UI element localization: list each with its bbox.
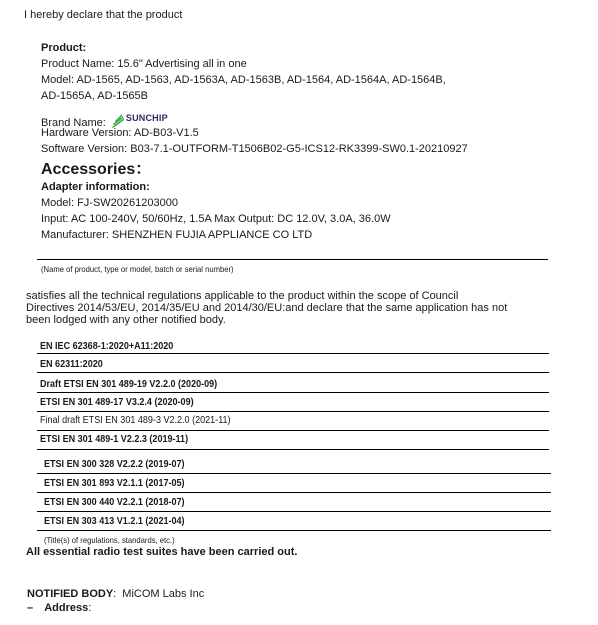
address-bullet: – [27, 602, 33, 614]
radio-statement: All essential radio test suites have bee… [26, 546, 297, 559]
standard-item: ETSI EN 301 489-17 V3.2.4 (2020-09) [40, 396, 194, 408]
standard-underline [37, 530, 551, 531]
standard-item: Final draft ETSI EN 301 489-3 V2.2.0 (20… [40, 414, 231, 426]
standard-item: ETSI EN 300 440 V2.2.1 (2018-07) [44, 496, 185, 508]
standard-item: EN 62311:2020 [40, 358, 103, 370]
standard-underline [37, 511, 551, 512]
standards-caption: (Title(s) of regulations, standards, etc… [44, 535, 175, 545]
adapter-manufacturer-line: Manufacturer: SHENZHEN FUJIA APPLIANCE C… [41, 229, 312, 242]
notified-body-value: MiCOM Labs Inc [122, 588, 204, 600]
standard-underline [37, 492, 551, 493]
standard-underline [37, 473, 551, 474]
product-caption: (Name of product, type or model, batch o… [41, 264, 234, 274]
model-line-2: AD-1565A, AD-1565B [41, 90, 148, 103]
notified-body-label: NOTIFIED BODY [27, 588, 113, 600]
standard-underline [37, 392, 549, 393]
adapter-model-line: Model: FJ-SW20261203000 [41, 197, 178, 210]
notified-body-separator: : [113, 588, 116, 600]
standard-item: Draft ETSI EN 301 489-19 V2.2.0 (2020-09… [40, 378, 217, 390]
product-heading: Product: [41, 42, 86, 55]
standard-item: ETSI EN 301 893 V2.1.1 (2017-05) [44, 477, 185, 489]
standard-item: ETSI EN 300 328 V2.2.2 (2019-07) [44, 458, 185, 470]
adapter-input-line: Input: AC 100-240V, 50/60Hz, 1.5A Max Ou… [41, 213, 391, 226]
address-row: – Address: [27, 602, 91, 615]
accessories-heading: Accessories： [41, 160, 151, 179]
intro-text: I hereby declare that the product [24, 9, 182, 22]
software-version-line: Software Version: B03-7.1-OUTFORM-T1506B… [41, 143, 468, 156]
declaration-line-3: been lodged with any other notified body… [26, 314, 226, 327]
address-label: Address [44, 602, 88, 614]
brand-logo-text: SUNCHIP [126, 112, 168, 125]
product-name-line: Product Name: 15.6" Advertising all in o… [41, 58, 247, 71]
hardware-version-line: Hardware Version: AD-B03-V1.5 [41, 127, 199, 140]
standard-item: ETSI EN 303 413 V1.2.1 (2021-04) [44, 515, 185, 527]
standard-underline [37, 411, 549, 412]
standard-underline [37, 372, 549, 373]
model-line-1: Model: AD-1565, AD-1563, AD-1563A, AD-15… [41, 74, 446, 87]
standard-item: ETSI EN 301 489-1 V2.2.3 (2019-11) [40, 433, 188, 445]
product-underline [37, 259, 548, 260]
adapter-heading: Adapter information: [41, 181, 150, 194]
standard-underline [37, 430, 549, 431]
address-separator: : [88, 602, 91, 614]
standard-underline [37, 449, 549, 450]
standard-underline [37, 353, 549, 354]
standard-item: EN IEC 62368-1:2020+A11:2020 [40, 340, 173, 352]
notified-body-row: NOTIFIED BODY: MiCOM Labs Inc [27, 588, 204, 601]
